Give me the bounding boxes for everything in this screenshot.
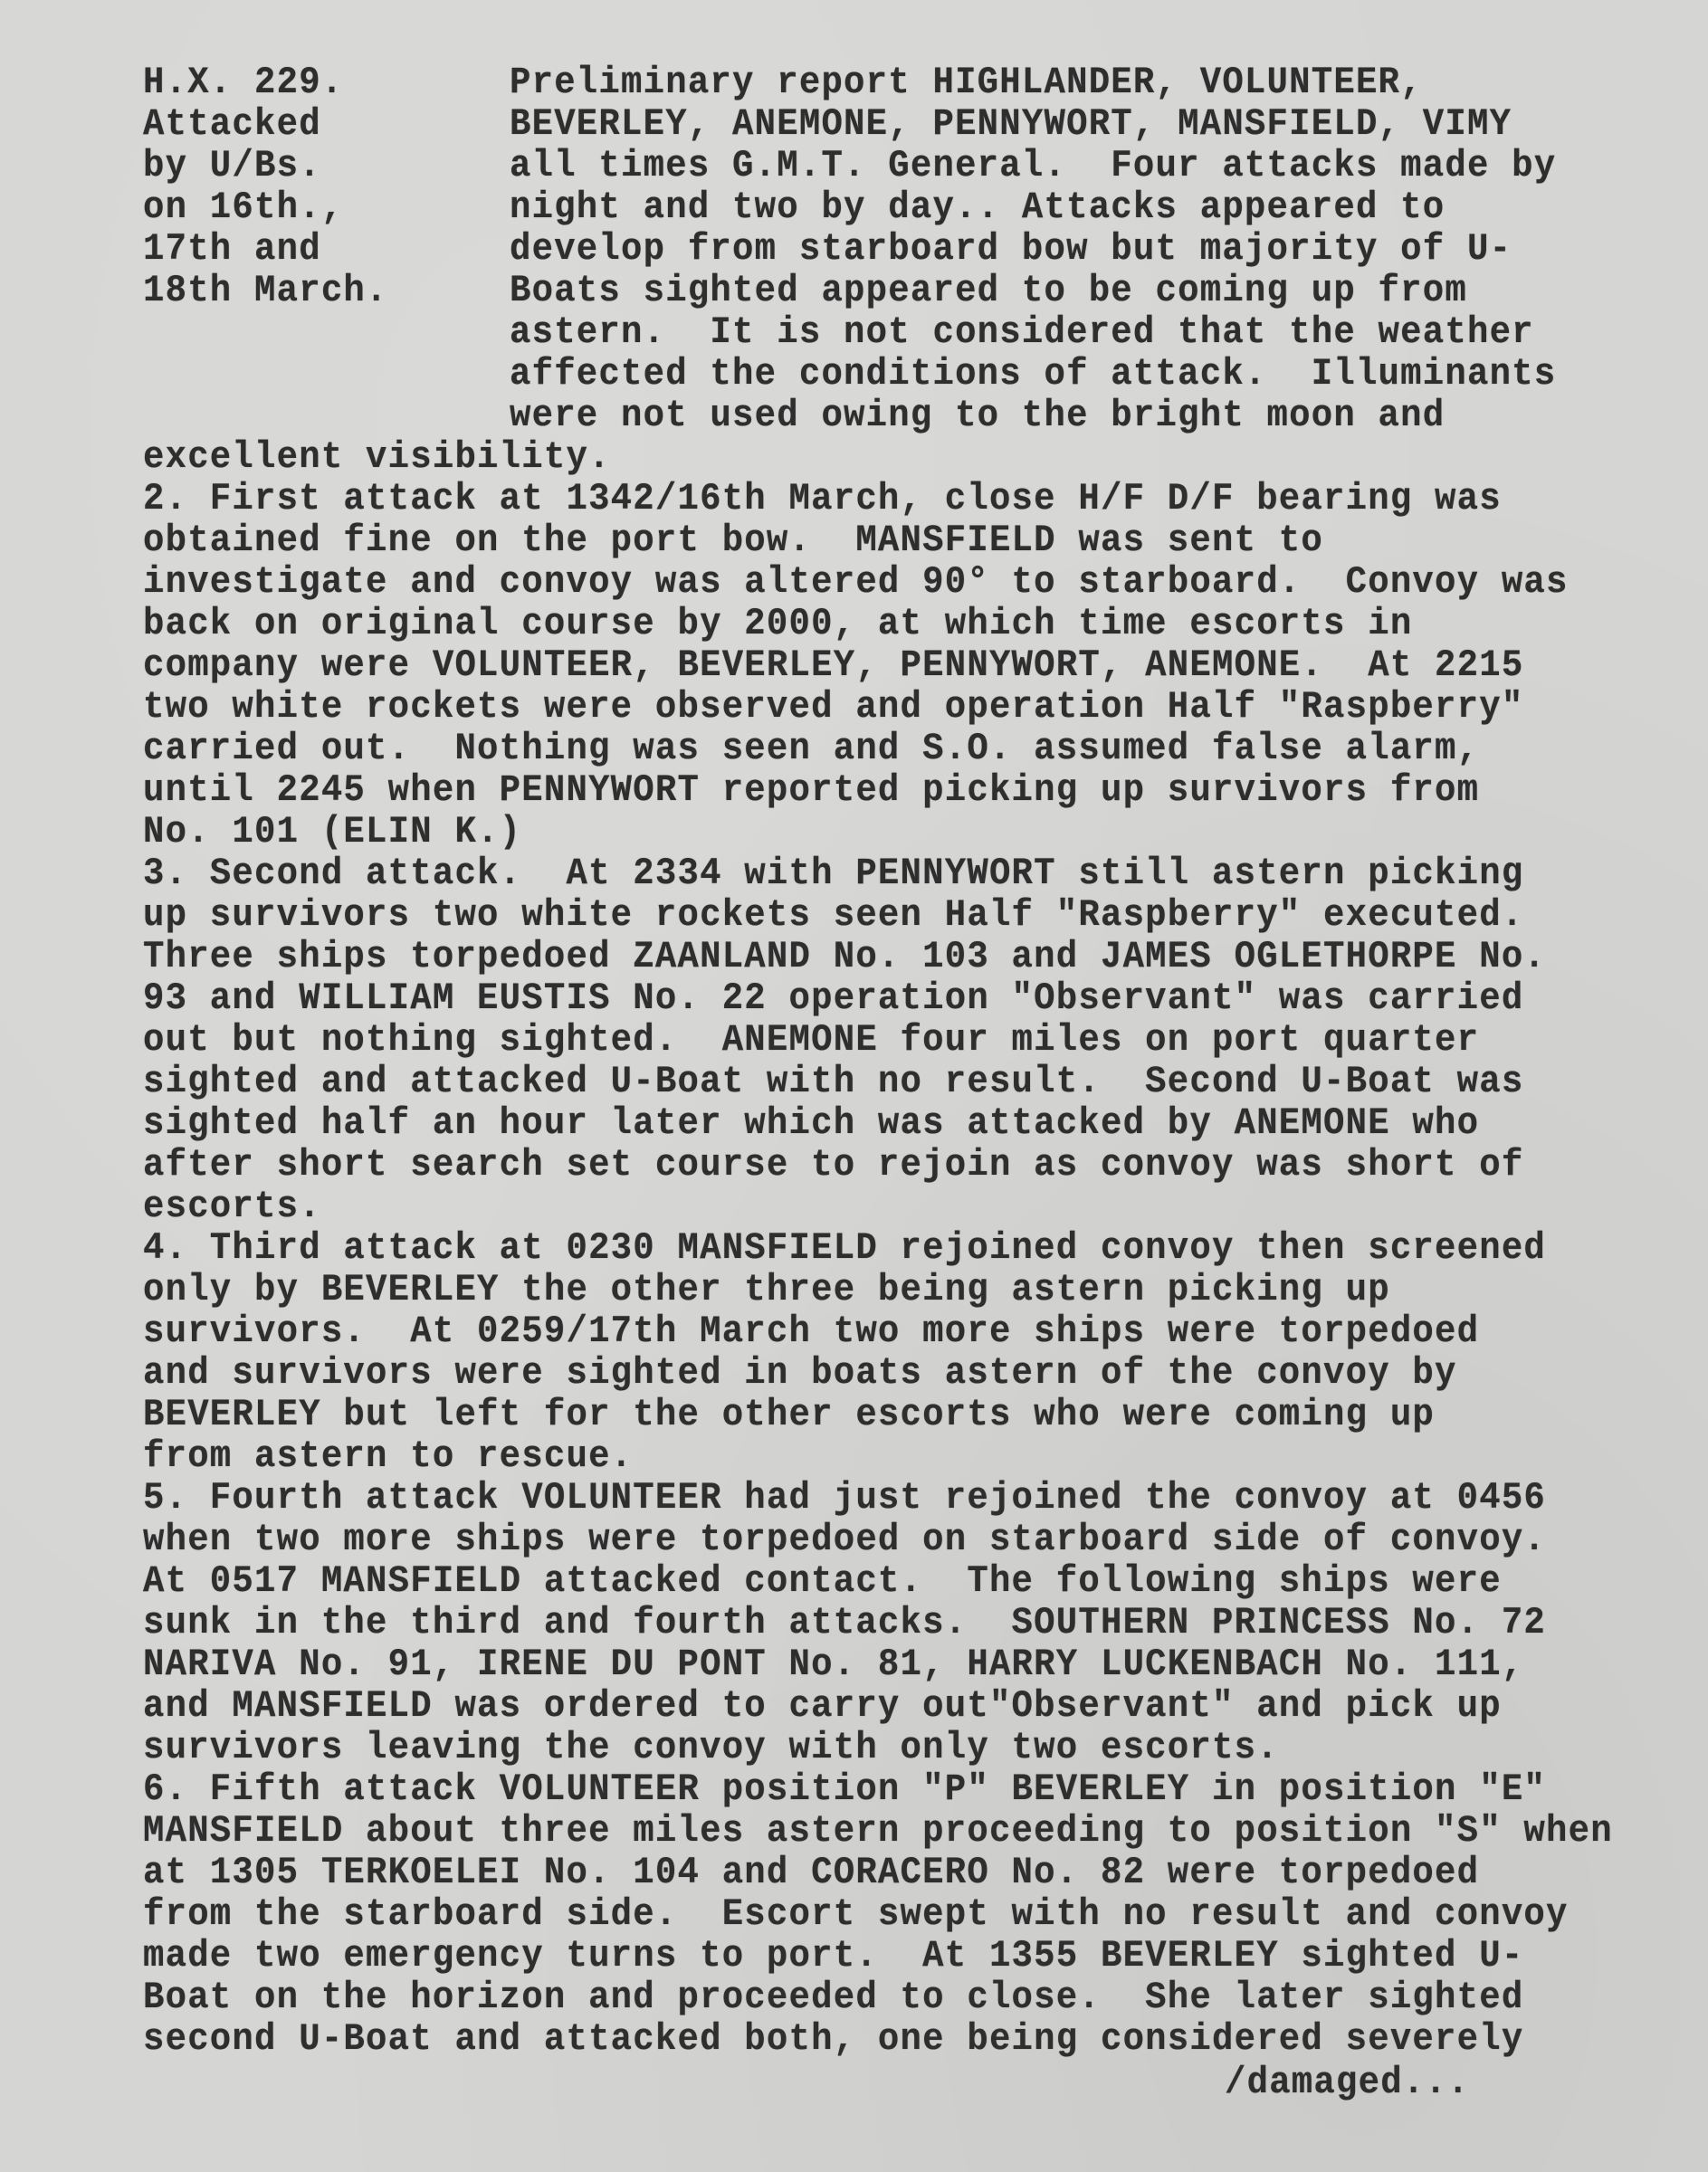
paragraph-2-line: obtained fine on the port bow. MANSFIELD… bbox=[143, 518, 1700, 563]
intro-line: night and two by day.. Attacks appeared … bbox=[510, 185, 1704, 230]
paragraph-2-line: company were VOLUNTEER, BEVERLEY, PENNYW… bbox=[143, 643, 1700, 688]
paragraph-2-line: 2. First attack at 1342/16th March, clos… bbox=[143, 476, 1700, 521]
paragraph-4-line: survivors. At 0259/17th March two more s… bbox=[143, 1309, 1700, 1354]
paragraph-2-line: two white rockets were observed and oper… bbox=[143, 684, 1700, 729]
paragraph-3-line: Three ships torpedoed ZAANLAND No. 103 a… bbox=[143, 934, 1700, 979]
intro-line: Boats sighted appeared to be coming up f… bbox=[510, 268, 1704, 313]
paragraph-3-line: escorts. bbox=[143, 1184, 1700, 1229]
paragraph-6-line: 6. Fifth attack VOLUNTEER position "P" B… bbox=[143, 1767, 1700, 1812]
paragraph-3-line: out but nothing sighted. ANEMONE four mi… bbox=[143, 1017, 1700, 1062]
paragraph-5-line: survivors leaving the convoy with only t… bbox=[143, 1725, 1700, 1770]
paragraph-6-line: second U-Boat and attacked both, one bei… bbox=[143, 2016, 1700, 2062]
paragraph-5-line: when two more ships were torpedoed on st… bbox=[143, 1517, 1700, 1562]
intro-line: Preliminary report HIGHLANDER, VOLUNTEER… bbox=[510, 60, 1704, 105]
intro-line: BEVERLEY, ANEMONE, PENNYWORT, MANSFIELD,… bbox=[510, 101, 1704, 147]
paragraph-6-line: from the starboard side. Escort swept wi… bbox=[143, 1891, 1700, 1937]
paragraph-2-line: No. 101 (ELIN K.) bbox=[143, 809, 1700, 854]
paragraph-2-line: investigate and convoy was altered 90° t… bbox=[143, 559, 1700, 605]
margin-note-line: by U/Bs. bbox=[143, 143, 487, 188]
paragraph-6-line: MANSFIELD about three miles astern proce… bbox=[143, 1808, 1700, 1853]
intro-line: all times G.M.T. General. Four attacks m… bbox=[510, 143, 1704, 188]
margin-note-line: H.X. 229. bbox=[143, 60, 487, 105]
paragraph-2-line: back on original course by 2000, at whic… bbox=[143, 601, 1700, 646]
paragraph-3-line: after short search set course to rejoin … bbox=[143, 1142, 1700, 1187]
paragraph-3-line: up survivors two white rockets seen Half… bbox=[143, 892, 1700, 938]
paragraph-4-line: only by BEVERLEY the other three being a… bbox=[143, 1267, 1700, 1312]
paragraph-2-line: until 2245 when PENNYWORT reported picki… bbox=[143, 767, 1700, 813]
margin-note-line: Attacked bbox=[143, 101, 487, 147]
paragraph-4-line: from astern to rescue. bbox=[143, 1434, 1700, 1479]
paragraph-6-line: Boat on the horizon and proceeded to clo… bbox=[143, 1975, 1700, 2020]
paragraph-6-line: at 1305 TERKOELEI No. 104 and CORACERO N… bbox=[143, 1850, 1700, 1895]
paragraph-5-line: 5. Fourth attack VOLUNTEER had just rejo… bbox=[143, 1475, 1700, 1520]
paragraph-4-line: and survivors were sighted in boats aste… bbox=[143, 1350, 1700, 1396]
paragraph-6-line: made two emergency turns to port. At 135… bbox=[143, 1933, 1700, 1978]
paragraph-3-line: sighted and attacked U-Boat with no resu… bbox=[143, 1059, 1700, 1104]
paragraph-5-line: At 0517 MANSFIELD attacked contact. The … bbox=[143, 1558, 1700, 1604]
margin-note-line: 17th and bbox=[143, 226, 487, 271]
margin-note: H.X. 229. Attacked by U/Bs. on 16th., 17… bbox=[143, 62, 487, 311]
report-header-block: H.X. 229. Attacked by U/Bs. on 16th., 17… bbox=[143, 62, 1700, 436]
intro-line: develop from starboard bow but majority … bbox=[510, 226, 1704, 271]
intro-line: affected the conditions of attack. Illum… bbox=[510, 351, 1704, 396]
paragraph-5-line: and MANSFIELD was ordered to carry out"O… bbox=[143, 1683, 1700, 1729]
intro-line: were not used owing to the bright moon a… bbox=[510, 393, 1704, 438]
paragraph-5-line: NARIVA No. 91, IRENE DU PONT No. 81, HAR… bbox=[143, 1642, 1700, 1687]
report-body: excellent visibility. 2. First attack at… bbox=[143, 436, 1700, 2060]
paragraph-2-line: carried out. Nothing was seen and S.O. a… bbox=[143, 726, 1700, 771]
paragraph-4-line: BEVERLEY but left for the other escorts … bbox=[143, 1392, 1700, 1437]
paragraph-4-line: 4. Third attack at 0230 MANSFIELD rejoin… bbox=[143, 1225, 1700, 1271]
margin-note-line: 18th March. bbox=[143, 268, 487, 313]
margin-note-line: on 16th., bbox=[143, 185, 487, 230]
paragraph-3-line: 3. Second attack. At 2334 with PENNYWORT… bbox=[143, 851, 1700, 896]
paragraph-5-line: sunk in the third and fourth attacks. SO… bbox=[143, 1600, 1700, 1645]
page-continuation-marker: /damaged... bbox=[1225, 2060, 1470, 2105]
intro-line: astern. It is not considered that the we… bbox=[510, 310, 1704, 355]
typewritten-report: H.X. 229. Attacked by U/Bs. on 16th., 17… bbox=[143, 62, 1700, 2060]
paragraph-3-line: 93 and WILLIAM EUSTIS No. 22 operation "… bbox=[143, 976, 1700, 1021]
intro-paragraph: Preliminary report HIGHLANDER, VOLUNTEER… bbox=[510, 62, 1704, 436]
paragraph-3-line: sighted half an hour later which was att… bbox=[143, 1100, 1700, 1146]
body-line: excellent visibility. bbox=[143, 434, 1700, 480]
